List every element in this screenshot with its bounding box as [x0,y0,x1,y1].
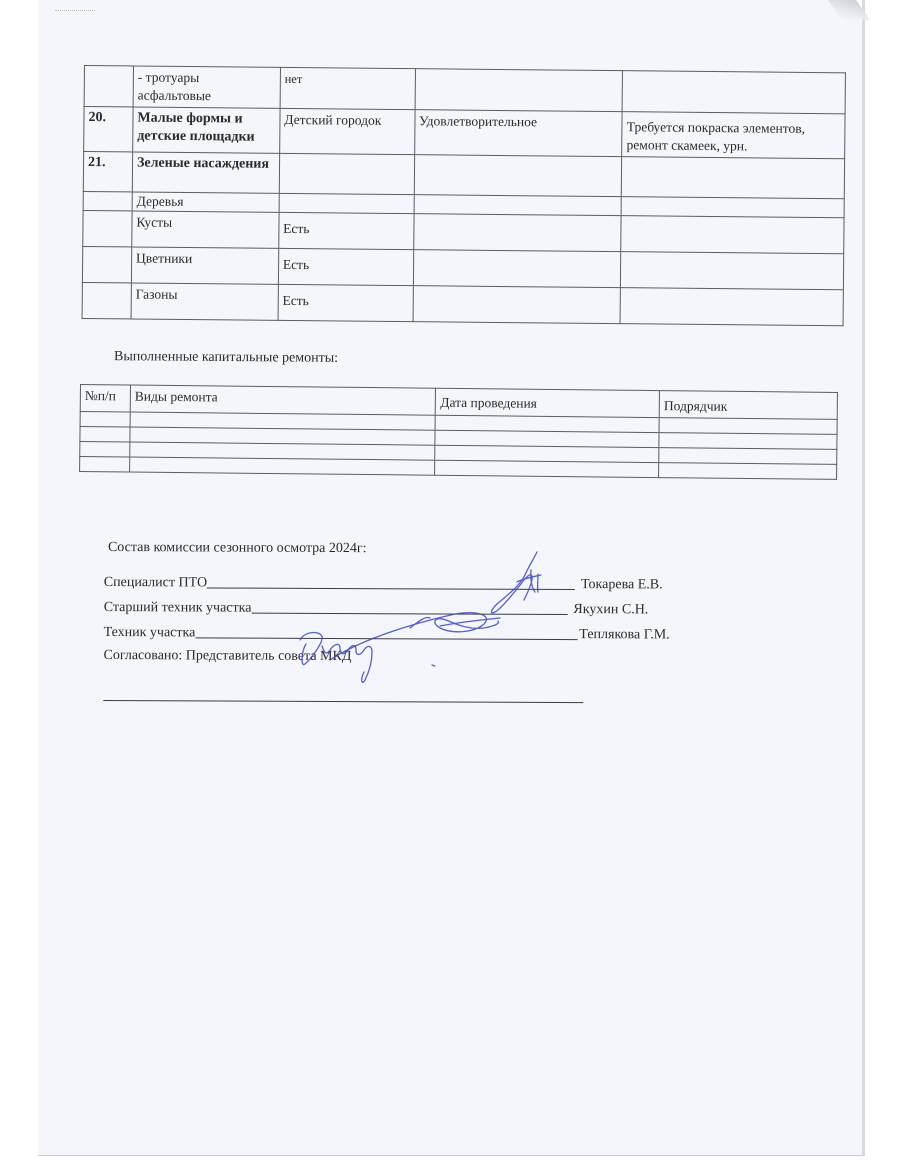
cell [80,412,130,428]
condition-cell [414,155,622,197]
signature-row: Специалист ПТО Токарева Е.В. [104,573,704,594]
condition-cell: Удовлетворительное [414,110,622,157]
row-number [84,66,133,107]
presence-cell: Есть [279,212,414,249]
inspection-table: - тротуары асфальтовые нет 20. Малые фор… [82,65,846,326]
cell [130,457,436,475]
element-name: - тротуары асфальтовые [133,66,280,108]
element-name: Деревья [132,192,279,212]
presence-cell [279,193,414,213]
notes-cell [621,252,844,290]
presence-cell [279,153,414,194]
cell [435,460,659,477]
element-name: Малые формы и детские площадки [133,107,280,153]
row-number: 21. [83,152,132,192]
condition-cell [414,195,622,216]
member-role: Специалист ПТО [104,575,207,591]
row-number [83,191,132,210]
signature-row: Старший техник участка Якухин С.Н. [104,598,704,619]
member-name: Токарева Е.В. [575,577,663,593]
commission-title: Состав комиссии сезонного осмотра 2024г: [108,540,704,559]
member-name: Теплякова Г.М. [577,627,669,643]
notes-cell [620,288,843,326]
header-contractor: Подрядчик [659,391,837,420]
condition-cell [413,286,621,324]
notes-cell: Требуется покраска элементов, ремонт ска… [622,112,845,159]
cell [80,427,130,443]
row-number [82,282,131,318]
notes-cell [622,71,845,114]
notes-cell [621,197,844,218]
condition-cell [413,250,621,288]
repairs-table: №п/п Виды ремонта Дата проведения Подряд… [79,384,838,480]
header-date: Дата проведения [436,388,660,417]
cell [659,463,837,480]
presence-cell: Есть [278,248,413,285]
element-name: Цветники [131,247,278,284]
presence-cell: Есть [278,284,413,321]
table-row: 20. Малые формы и детские площадки Детск… [84,107,845,159]
signature-line [251,613,567,615]
table-row: - тротуары асфальтовые нет [84,66,845,114]
member-role: Старший техник участка [104,600,252,617]
signature-line [195,637,577,640]
element-name: Газоны [131,283,278,320]
row-number: 20. [84,107,133,152]
condition-cell [415,69,623,112]
presence-cell: Детский городок [279,108,414,154]
member-role: Техник участка [104,625,196,641]
member-name: Якухин С.Н. [567,602,648,618]
header-repair-type: Виды ремонта [130,385,436,415]
row-number [83,210,132,246]
row-number [82,246,131,282]
notes-cell [622,157,845,199]
table-row: Газоны Есть [82,282,843,325]
scan-artifact [55,10,95,14]
signature-row: Техник участка Теплякова Г.М. [104,623,704,644]
condition-cell [413,214,621,252]
repairs-caption: Выполненные капитальные ремонты: [114,349,338,367]
cell [80,457,130,473]
header-number: №п/п [80,385,130,413]
presence-cell: нет [280,67,415,109]
notes-cell [621,216,844,254]
signature-line [207,587,575,590]
cell [80,442,130,458]
element-name: Зеленые насаждения [132,152,279,193]
commission-block: Состав комиссии сезонного осмотра 2024г:… [103,540,704,704]
agreed-label: Согласовано: Представитель совета МКД [103,648,703,667]
element-name: Кусты [132,211,279,248]
